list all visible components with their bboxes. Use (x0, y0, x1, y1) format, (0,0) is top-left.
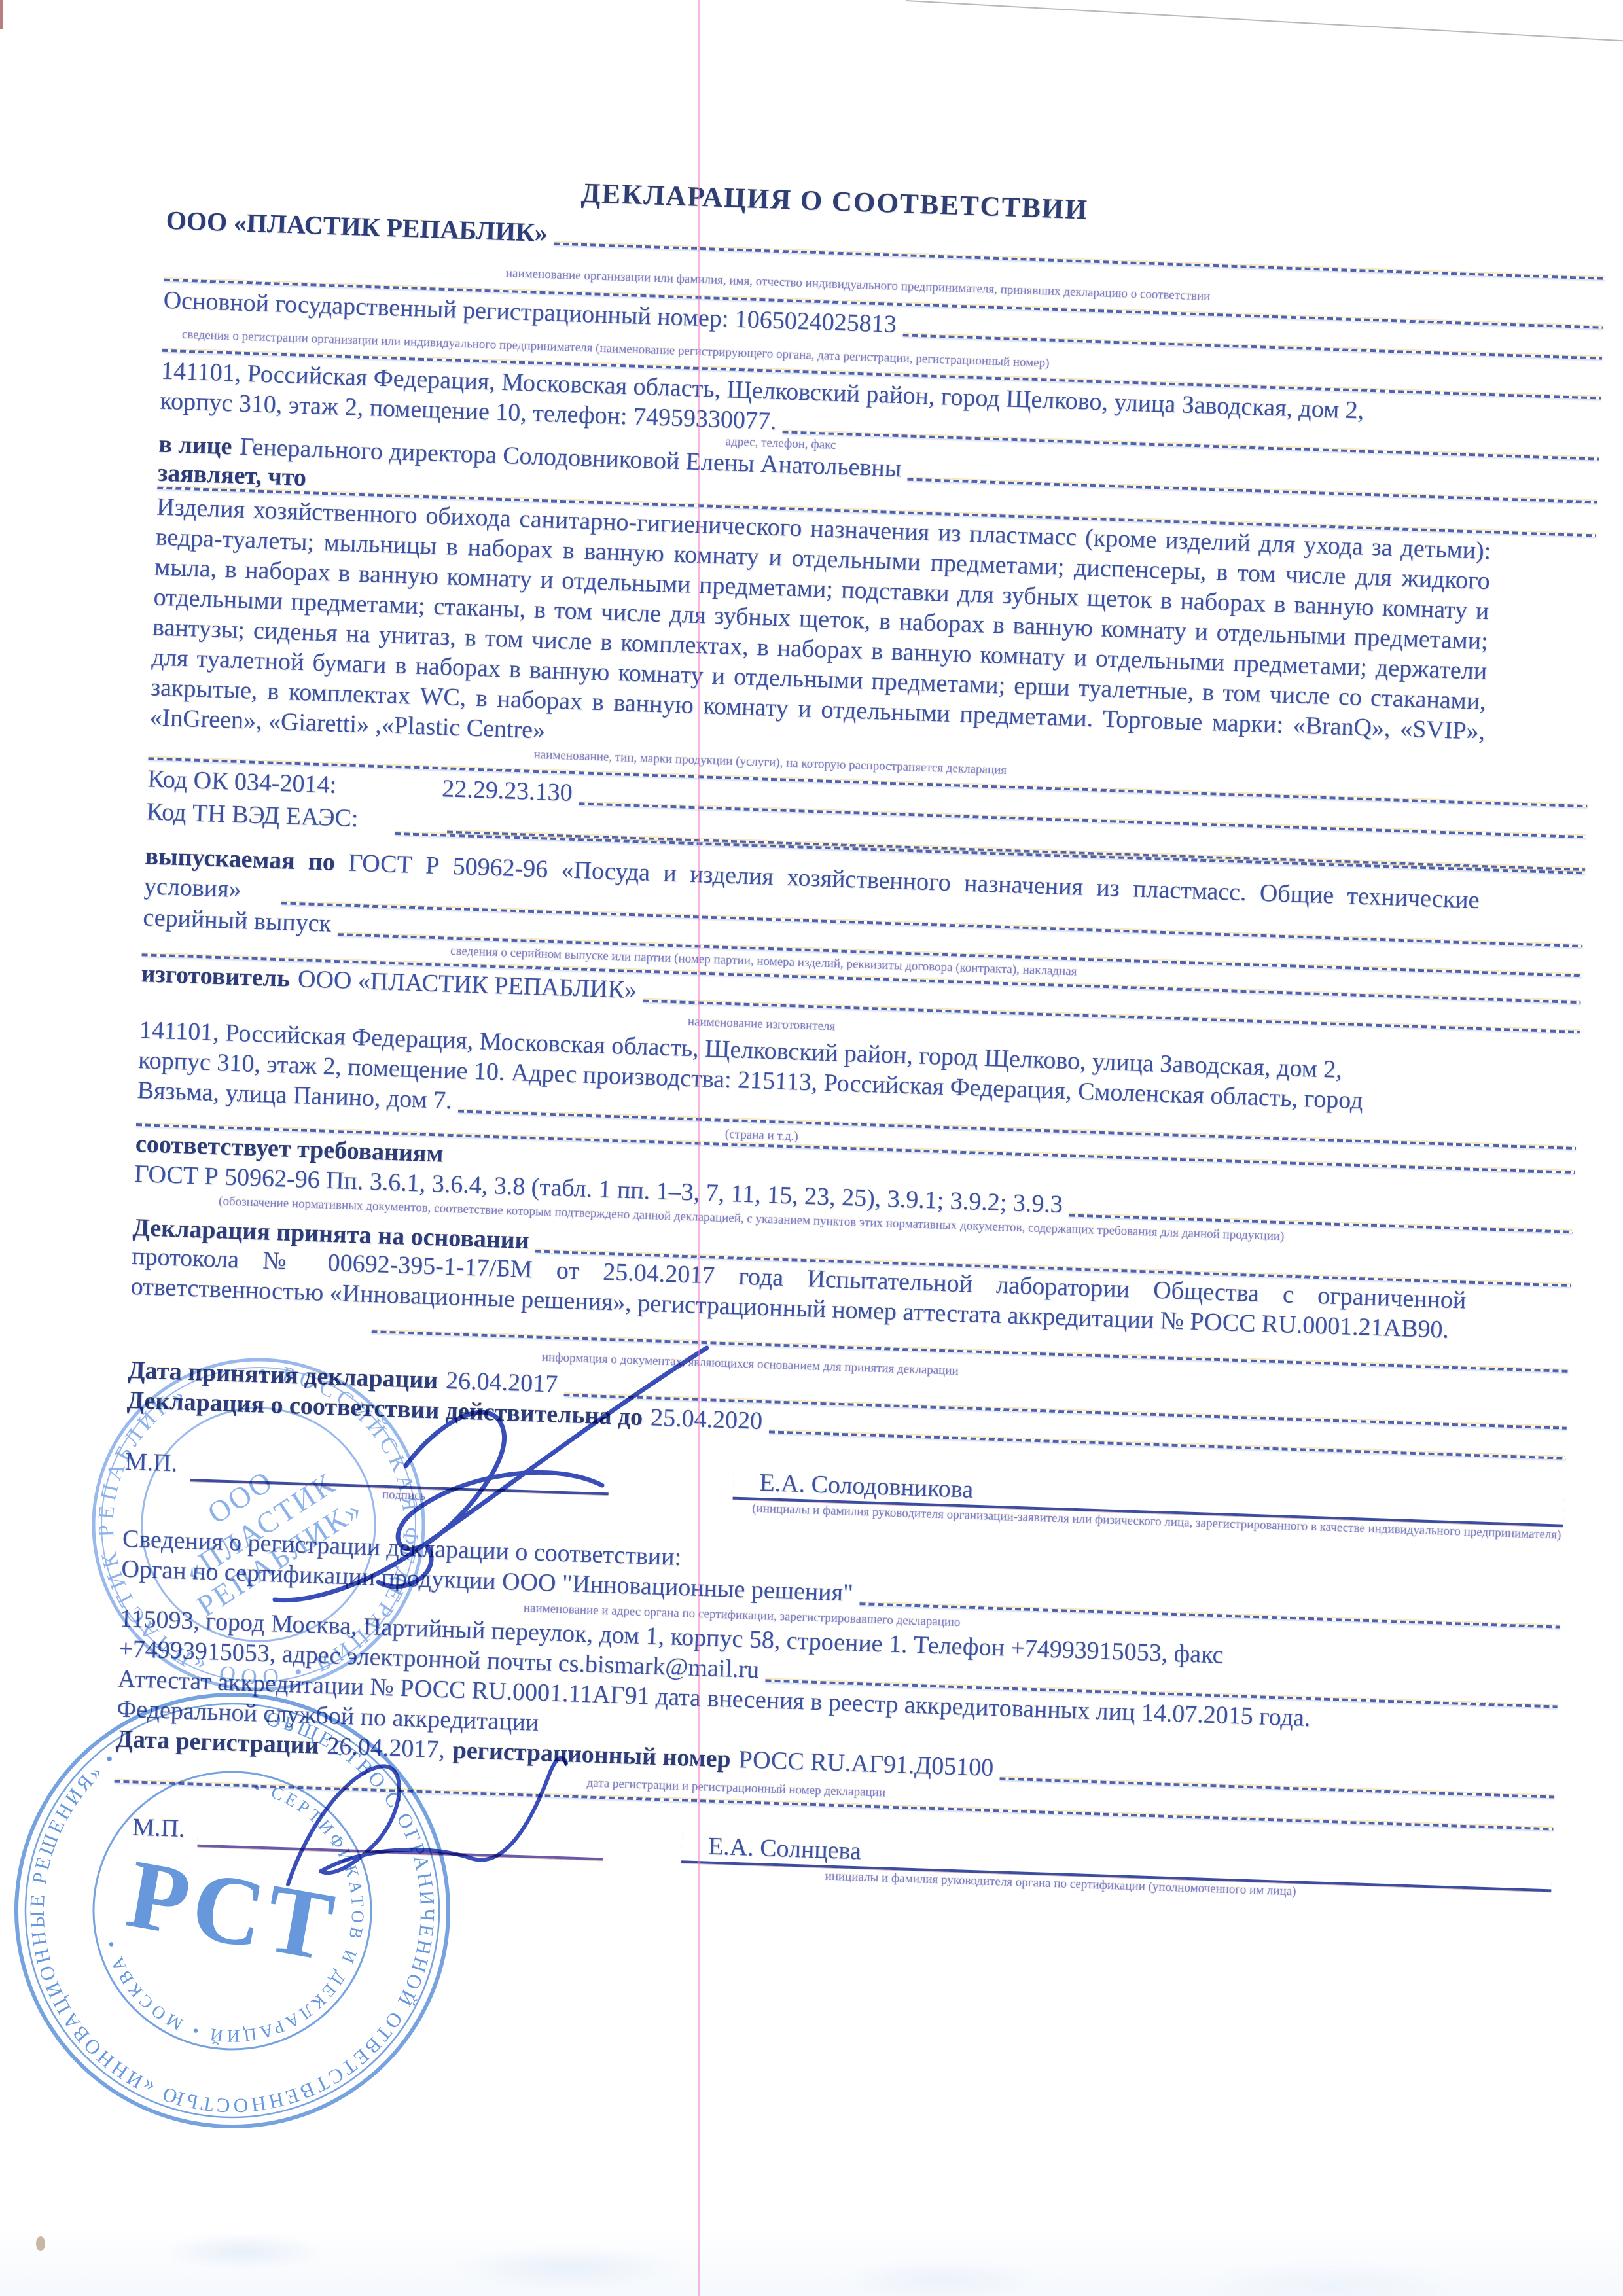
tnved-code-label: Код ТН ВЭД ЕАЭС: (146, 796, 441, 836)
signature-2 (249, 1727, 615, 1924)
scan-artifact-dot (36, 2236, 45, 2251)
issued-label: выпускаемая по (145, 842, 336, 876)
signer1-line: Е.А. Солодовникова (инициалы и фамилия р… (733, 1467, 1565, 1527)
signer2-name: Е.А. Солнцева (681, 1831, 861, 1865)
scan-artifact-left-mark (0, 0, 3, 29)
declarant-company: ООО «ПЛАСТИК РЕПАБЛИК» (166, 205, 548, 248)
scan-artifact-vertical-line (698, 0, 700, 2296)
manufacturer-label: изготовитель (141, 959, 291, 994)
in-person-label: в лице (158, 429, 232, 462)
signature-1 (209, 1335, 726, 1623)
scan-artifact-bottom-noise (0, 2185, 1623, 2296)
dashed-fill (768, 1430, 1565, 1459)
signer2-line: Е.А. Солнцева инициалы и фамилия руковод… (681, 1830, 1552, 1892)
signer1-name: Е.А. Солодовникова (733, 1468, 974, 1504)
scanned-declaration-page: ДЕКЛАРАЦИЯ О СООТВЕТСТВИИ ООО «ПЛАСТИК Р… (0, 0, 1623, 2296)
caption-signer2: инициалы и фамилия руководителя органа п… (825, 1869, 1623, 1912)
caption-signer1: (инициалы и фамилия руководителя организ… (752, 1502, 1603, 1544)
product-description: Изделия хозяйственного обихода санитарно… (149, 492, 1491, 777)
serial-release: серийный выпуск (143, 902, 332, 939)
ok-code-value: 22.29.23.130 (442, 773, 573, 808)
